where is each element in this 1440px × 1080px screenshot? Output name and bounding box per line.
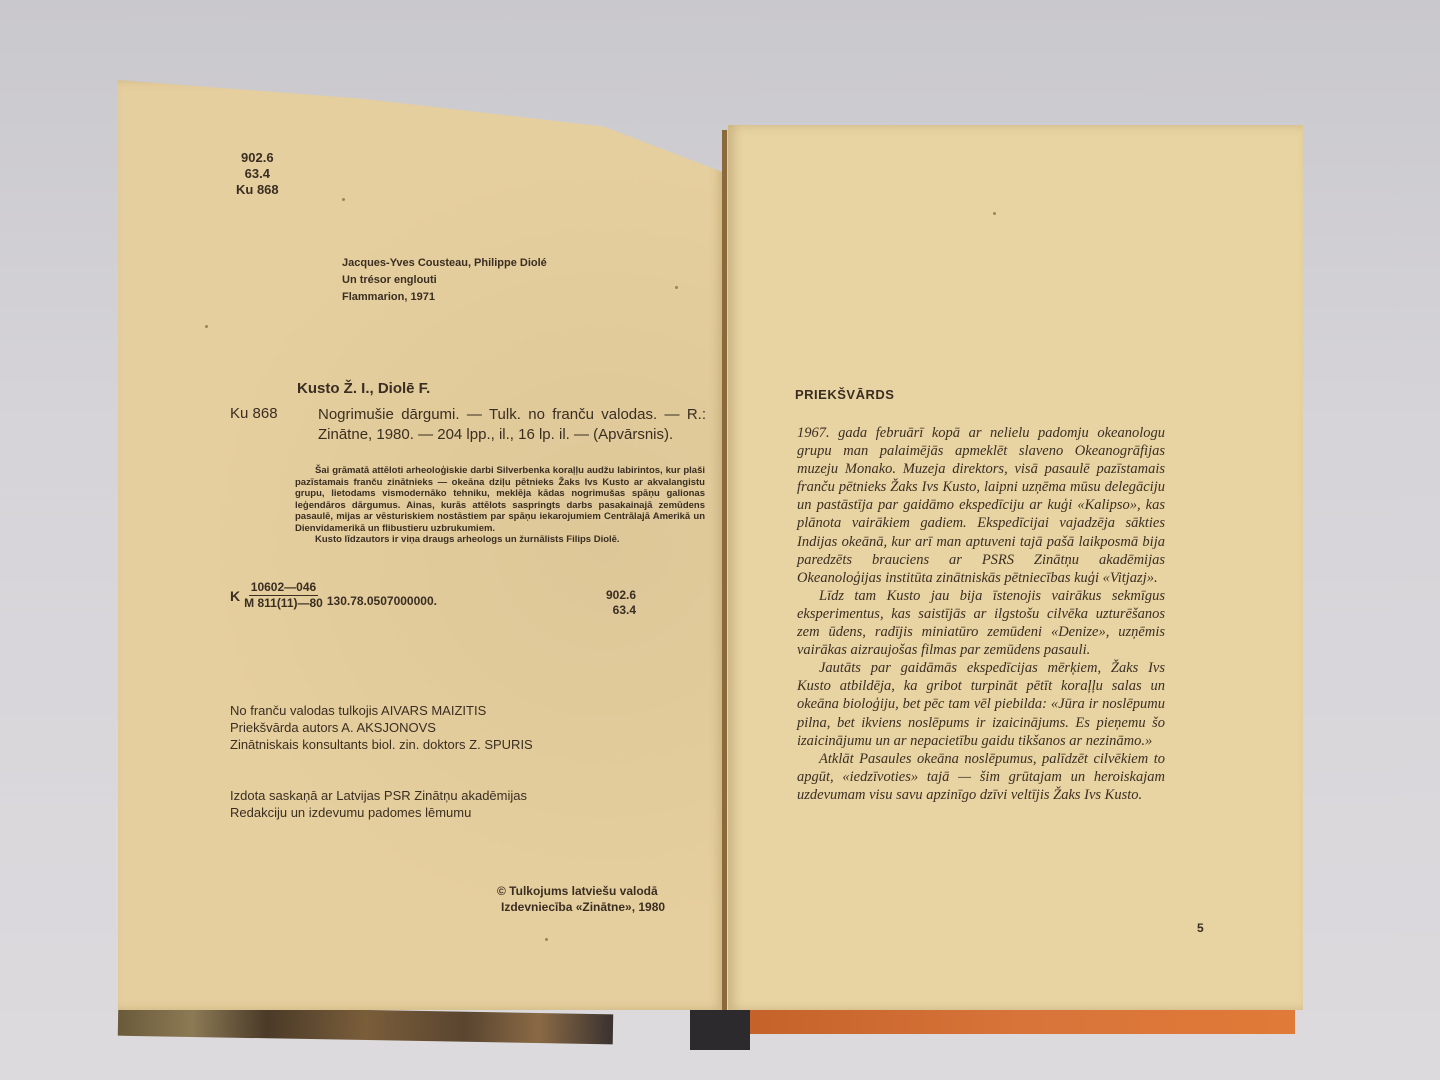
catalog-description-text: Nogrimušie dārgumi. — Tulk. no franču va… <box>318 405 706 445</box>
code-suffix: 130.78.0507000000. <box>327 594 437 608</box>
foreword-paragraph: Jautāts par gaidāmās ekspedīcijas mērķie… <box>797 659 1165 749</box>
call-number-line: 902.6 <box>236 150 279 166</box>
copyright-line: Izdevniecība «Zinātne», 1980 <box>497 899 665 915</box>
code-fraction: 10602—046 M 811(11)—80 <box>244 580 323 611</box>
approval-line: Redakciju un izdevumu padomes lēmumu <box>230 804 527 821</box>
original-edition-info: Jacques-Yves Cousteau, Philippe Diolé Un… <box>342 255 547 306</box>
book-cover-left-edge <box>118 1006 613 1045</box>
copyright-line: © Tulkojums latviešu valodā <box>497 883 665 899</box>
foreword-paragraph: Atklāt Pasaules okeāna noslēpumus, palīd… <box>797 750 1165 804</box>
foreword-paragraph: 1967. gada februārī kopā ar nelielu pado… <box>797 424 1165 587</box>
publication-approval: Izdota saskaņā ar Latvijas PSR Zinātņu a… <box>230 787 527 821</box>
credit-consultant: Zinātniskais konsultants biol. zin. dokt… <box>230 736 533 753</box>
annotation-paragraph: Kusto līdzautors ir viņa draugs arheolog… <box>295 534 705 546</box>
credit-foreword-author: Priekšvārda autors A. AKSJONOVS <box>230 719 533 736</box>
catalog-shelf-mark: Ku 868 <box>230 405 278 422</box>
classification-line: 63.4 <box>606 603 636 618</box>
credits: No franču valodas tulkojis AIVARS MAIZIT… <box>230 702 533 753</box>
call-number: 902.6 63.4 Ku 868 <box>236 150 279 198</box>
copyright-notice: © Tulkojums latviešu valodā Izdevniecība… <box>497 883 665 915</box>
paper-speck <box>993 212 996 215</box>
paper-speck <box>342 198 345 201</box>
original-authors: Jacques-Yves Cousteau, Philippe Diolé <box>342 255 547 272</box>
page-number: 5 <box>1197 921 1204 935</box>
code-classification: 902.6 63.4 <box>606 588 636 618</box>
book-gutter <box>722 130 727 1010</box>
foreword-heading: PRIEKŠVĀRDS <box>795 387 894 402</box>
book-spine <box>690 1010 750 1050</box>
classification-line: 902.6 <box>606 588 636 603</box>
call-number-line: 63.4 <box>236 166 279 182</box>
foreword-body: 1967. gada februārī kopā ar nelielu pado… <box>797 424 1165 804</box>
code-prefix: K <box>230 588 240 604</box>
catalog-annotation: Šai grāmatā attēloti arheoloģiskie darbi… <box>295 465 705 546</box>
original-publisher: Flammarion, 1971 <box>342 289 547 306</box>
book-cover-right-edge <box>750 1010 1295 1034</box>
original-title: Un trésor englouti <box>342 272 547 289</box>
paper-speck <box>205 325 208 328</box>
code-numerator: 10602—046 <box>249 580 318 596</box>
credit-translator: No franču valodas tulkojis AIVARS MAIZIT… <box>230 702 533 719</box>
publication-code: K 10602—046 M 811(11)—80 130.78.05070000… <box>230 580 437 611</box>
catalog-description: Nogrimušie dārgumi. — Tulk. no franču va… <box>318 405 706 445</box>
paper-speck <box>545 938 548 941</box>
foreword-paragraph: Līdz tam Kusto jau bija īstenojis vairāk… <box>797 587 1165 659</box>
call-number-line: Ku 868 <box>236 182 279 198</box>
approval-line: Izdota saskaņā ar Latvijas PSR Zinātņu a… <box>230 787 527 804</box>
annotation-paragraph: Šai grāmatā attēloti arheoloģiskie darbi… <box>295 465 705 534</box>
paper-speck <box>675 286 678 289</box>
code-denominator: M 811(11)—80 <box>244 596 323 611</box>
catalog-author: Kusto Ž. I., Diolē F. <box>297 380 430 397</box>
